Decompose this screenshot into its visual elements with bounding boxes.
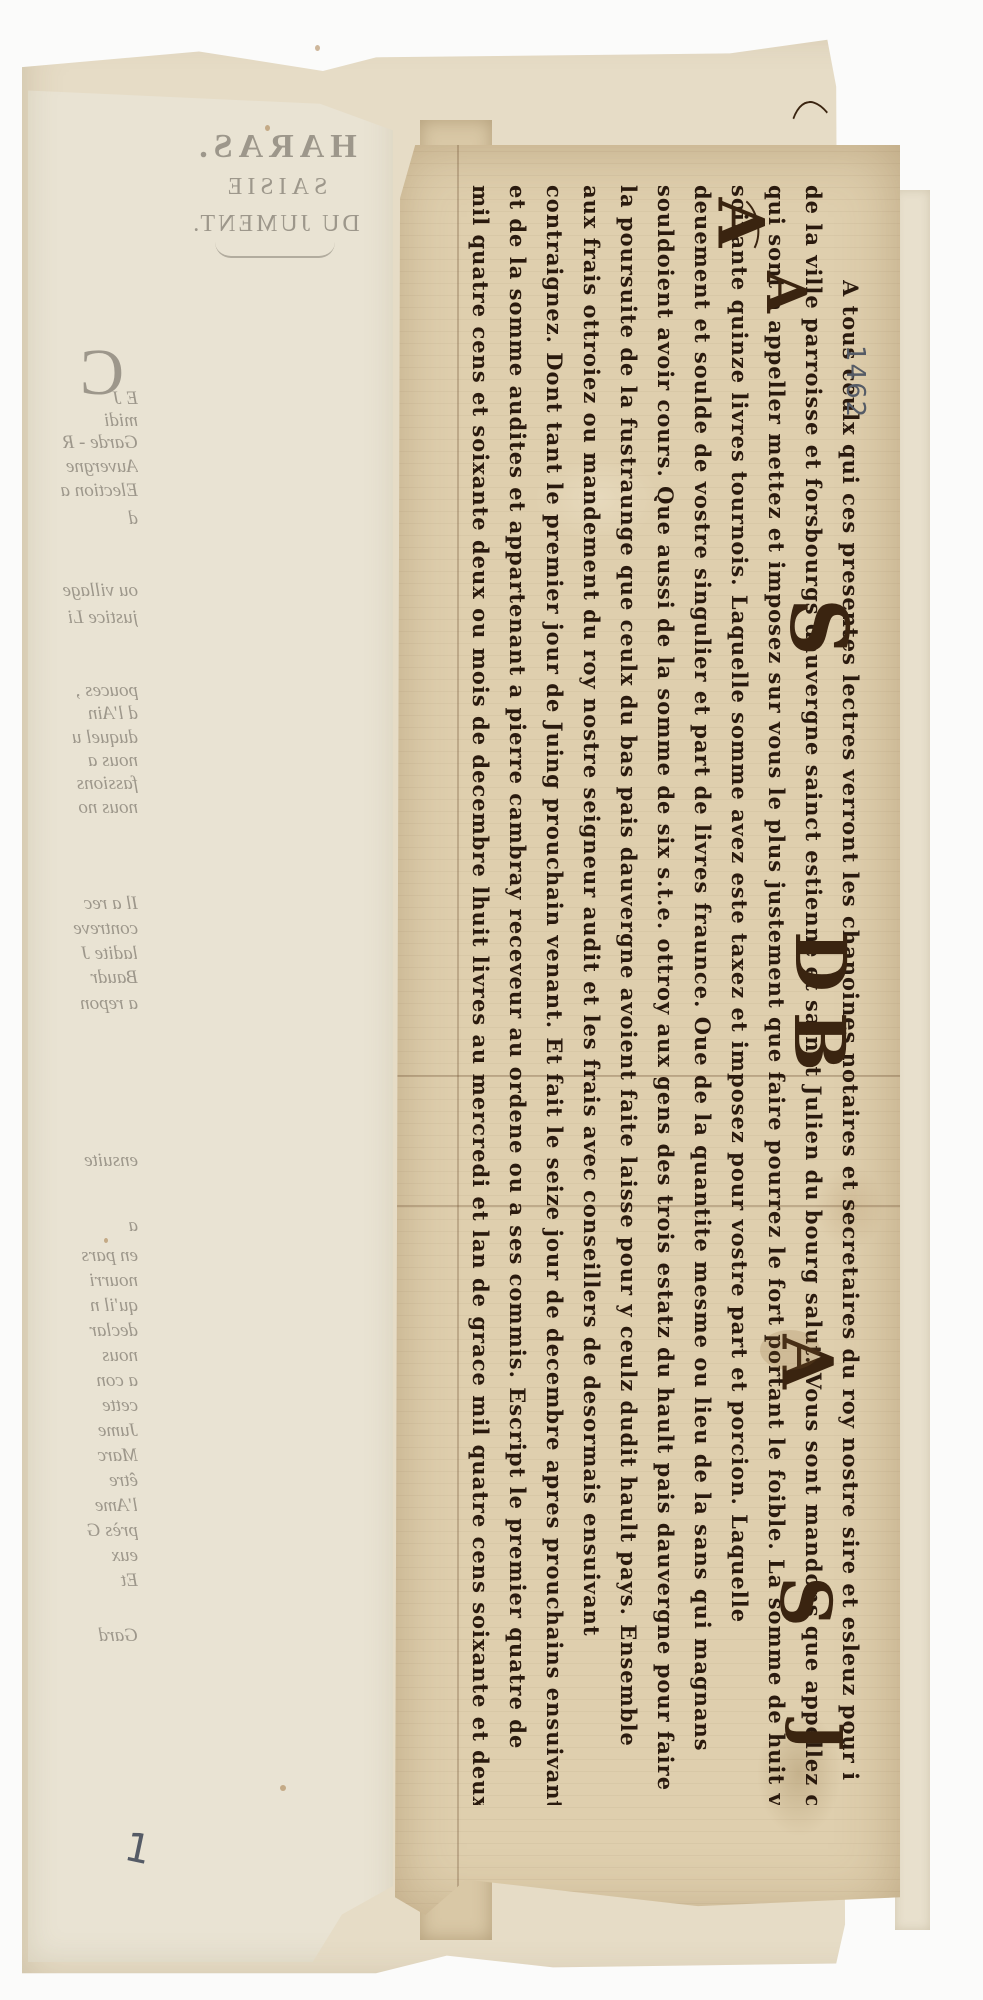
right-paper-flap [895,190,930,1930]
ghost-text-line: contreve [28,918,138,940]
mirrored-stamp: HARAS. SAISIE DU JUMENT. [150,128,400,258]
ghost-text-line: être [28,1470,138,1492]
decorated-initial: D [779,931,862,992]
ghost-text-line: en pars [28,1245,138,1267]
ghost-text-line: Il a rec [28,893,138,915]
ghost-text-line: nous no [28,797,138,819]
ghost-text-line: Garde - R [28,432,138,454]
ghost-text-line: d l'Ain [28,703,138,725]
ghost-text-line: Gard [28,1625,138,1647]
ghost-text-line: Auvergne [28,456,138,478]
ghost-text-line: ladite J [28,943,138,965]
ghost-text-line: a con [28,1370,138,1392]
stamp-line-2: SAISIE [150,174,400,201]
decorated-initial: B [778,1012,861,1071]
ghost-text-line: ou village [28,580,138,602]
manuscript-line: aux frais ottroiez ou mandement du roy n… [579,185,604,1805]
ghost-text-line: ensuite [28,1150,138,1172]
manuscript-line: et de la somme audites et appartenant a … [505,185,530,1805]
manuscript-line: la poursuite de la fustraunge que ceulx … [616,185,641,1805]
ghost-text-line: eux [28,1545,138,1567]
fold-line [457,145,459,1915]
pencil-catalog-number: 1462 [840,345,870,419]
ghost-text-line: a [28,1215,138,1237]
water-stain [760,1330,820,1370]
decorated-initial: J [783,1722,856,1751]
manuscript-line: de la ville parroisse et forsbourgs dauv… [801,185,826,1805]
ghost-text-line: declar [28,1320,138,1342]
ghost-text-line: Baudr [28,967,138,989]
ghost-text-line: nous [28,1345,138,1367]
ghost-text-line: d [28,508,138,530]
stamp-line-3: DU JUMENT. [150,211,400,238]
foxing-spot [104,1238,108,1243]
ghost-text-line: près G [28,1520,138,1542]
stamp-line-1: HARAS. [150,128,400,166]
manuscript-line: qui sont a appeller mettez et imposez su… [764,185,789,1805]
ghost-text-line: a repon [28,993,138,1015]
ghost-text-line: nourri [28,1270,138,1292]
manuscript-line: mil quatre cens et soixante deux ou mois… [468,185,493,1805]
foxing-spot [265,125,270,131]
ghost-text-line: Jume [28,1420,138,1442]
ghost-text-line: E J [28,388,138,410]
manuscript-line: contraignez. Dont tant le premier jour d… [542,185,567,1805]
ghost-text-line: l'Ame [28,1495,138,1517]
ghost-text-line: nous a [28,750,138,772]
foxing-spot [315,45,320,51]
ghost-text-line: qu'il n [28,1295,138,1317]
decorated-initial: S [772,598,866,656]
ghost-text-line: pouces , [28,680,138,702]
ghost-text-line: Et [28,1570,138,1592]
ghost-text-line: duquel u [28,727,138,749]
ghost-text-line: Marc [28,1445,138,1467]
ghost-text-line: justice Li [28,607,138,629]
decorated-initial: S [764,1576,847,1627]
stamp-flourish-icon [215,242,335,258]
ghost-text-line: midi [28,410,138,432]
ghost-text-line: cette [28,1395,138,1417]
foxing-spot [280,1785,286,1791]
ghost-text-line: fassions [28,773,138,795]
manuscript-line: deuement et soulde de vostre singulier e… [690,185,715,1805]
manuscript-line: soixante quinze livres tournois. Laquell… [727,185,752,1805]
decorated-initial: A [754,271,818,313]
manuscript-line: souldoient avoir cours. Que aussi de la … [653,185,678,1805]
ghost-text-line: Election a [28,480,138,502]
